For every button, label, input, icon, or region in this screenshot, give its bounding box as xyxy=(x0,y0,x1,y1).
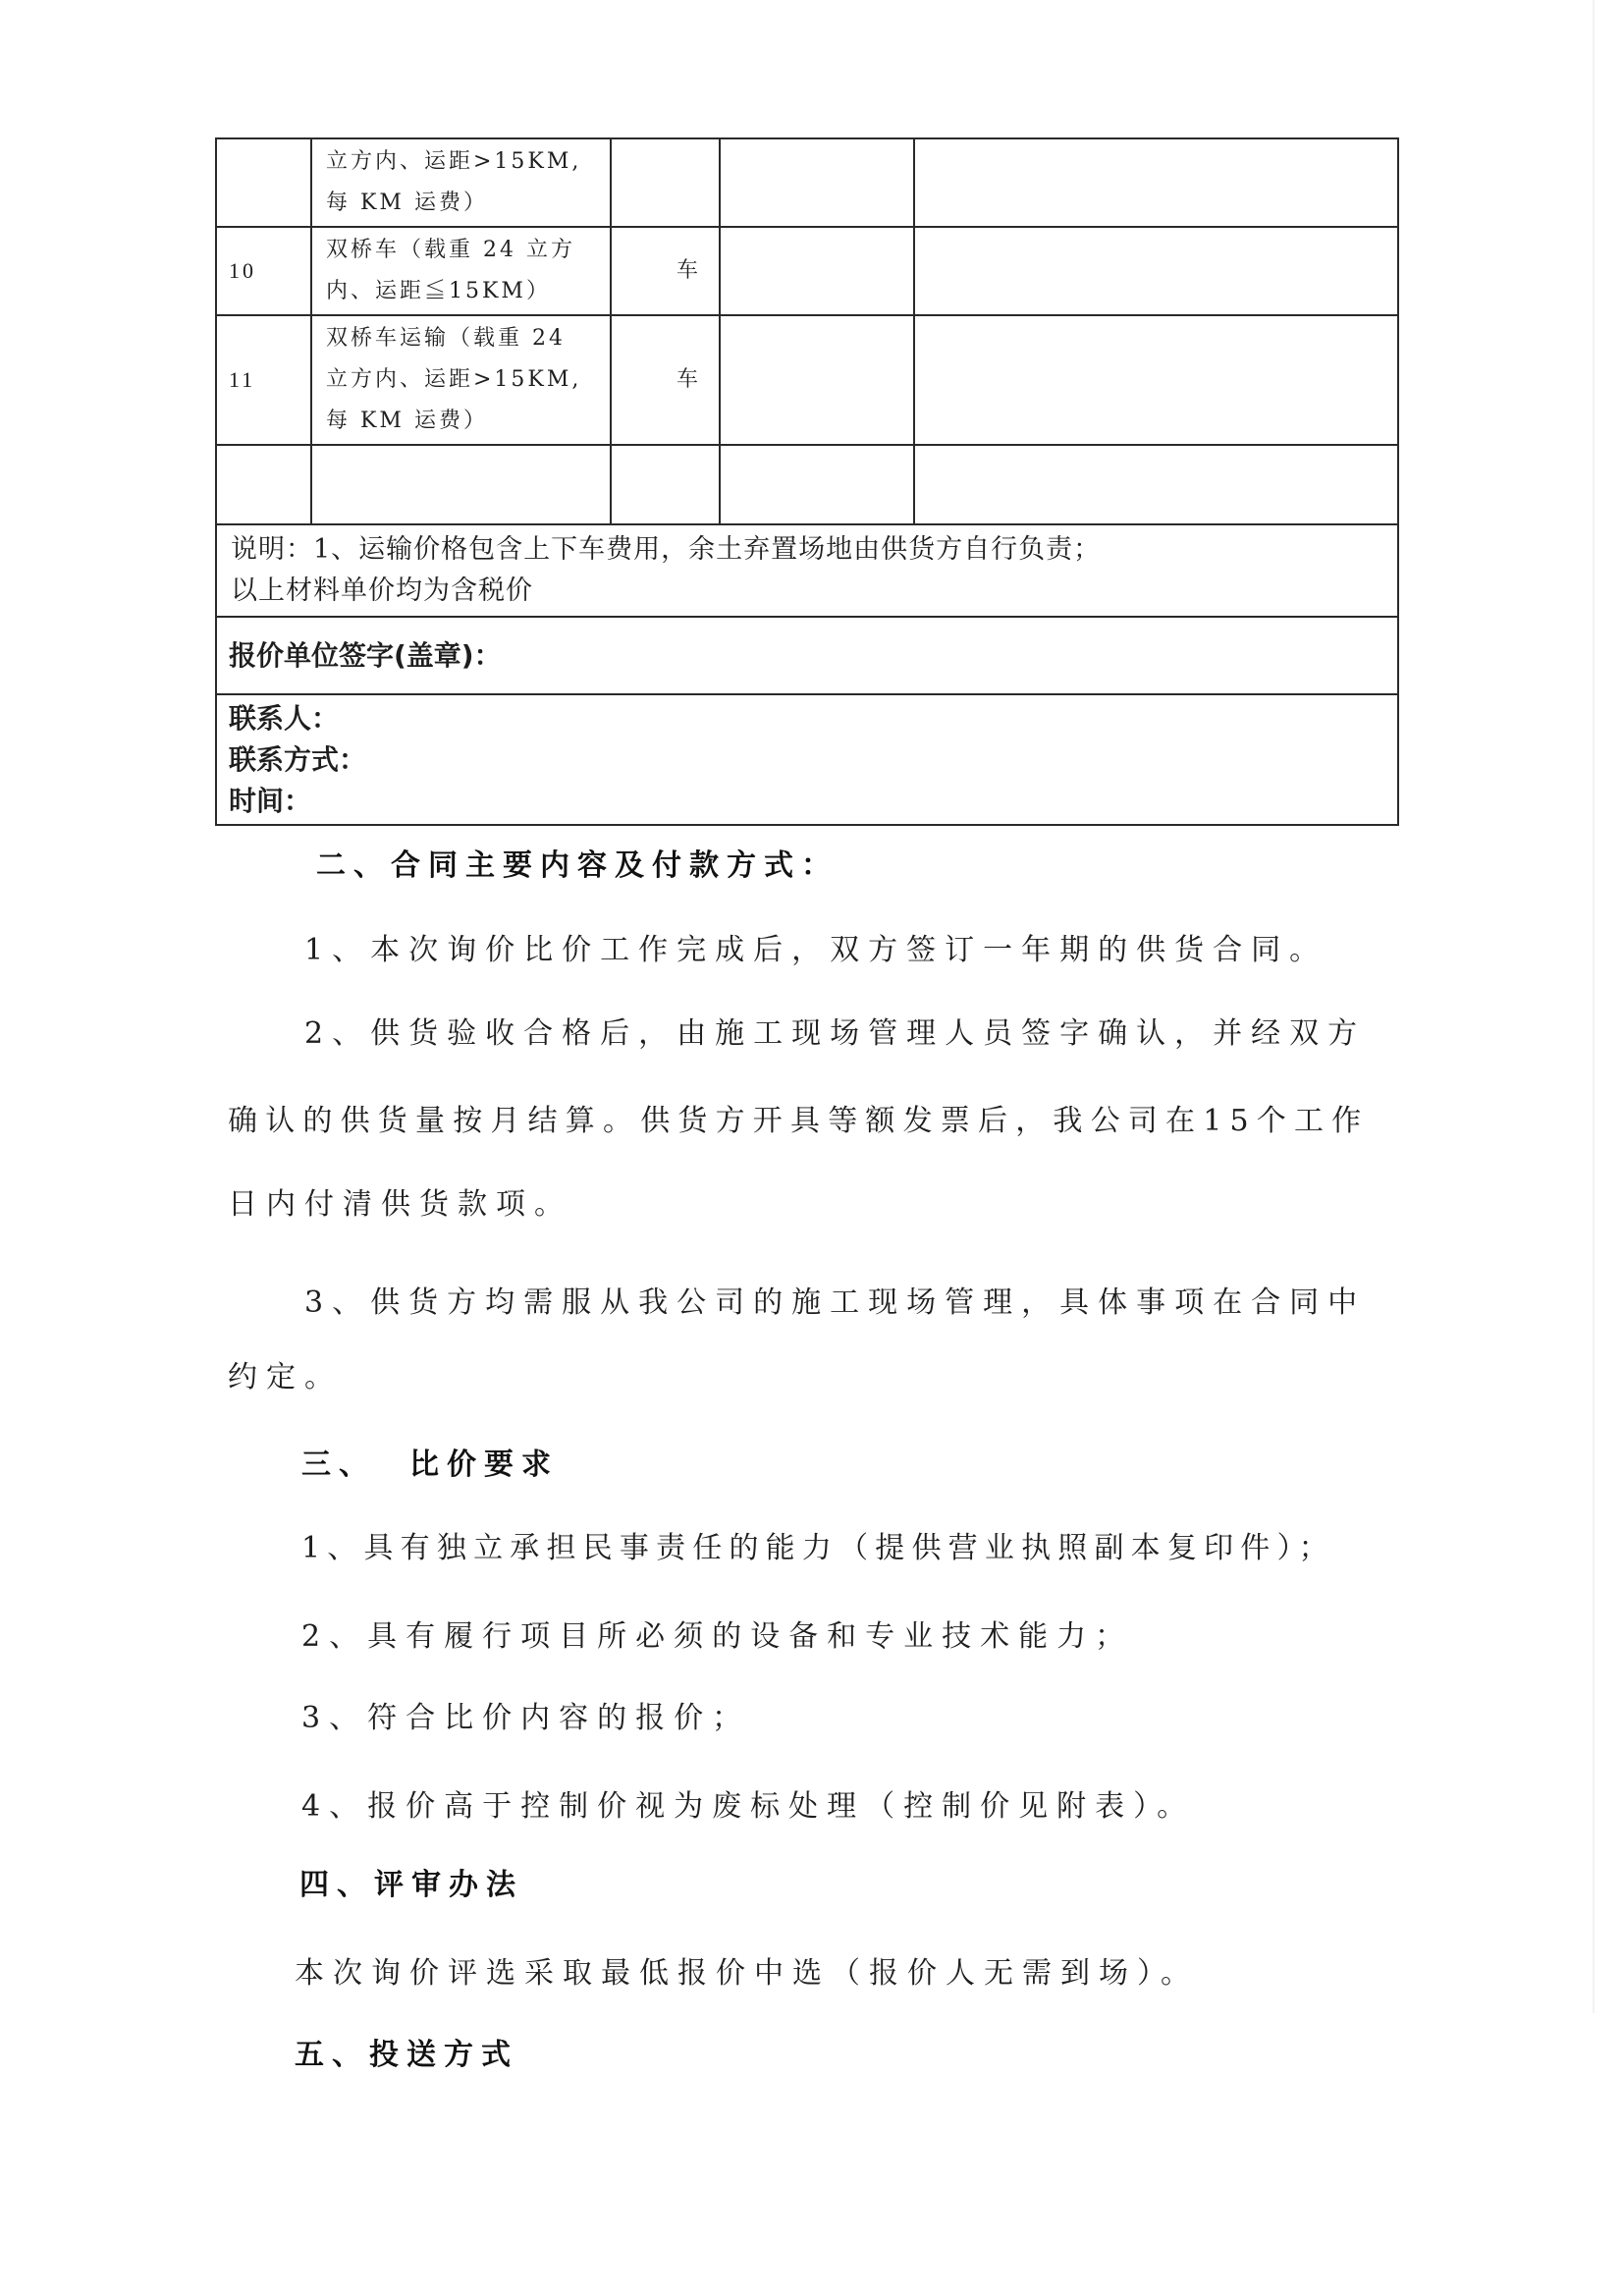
item-line: 每 KM 运费） xyxy=(326,183,602,224)
evaluation-text: 本次询价评选采取最低报价中选（报价人无需到场）。 xyxy=(295,1954,1199,1994)
section-heading-requirements: 三、比价要求 xyxy=(301,1446,559,1485)
signature-label: 报价单位签字(盖章)： xyxy=(216,617,1398,694)
price-cell xyxy=(720,445,914,524)
remark-cell xyxy=(914,138,1398,227)
requirement-item-4: 4、报价高于控制价视为废标处理（控制价见附表）。 xyxy=(301,1787,1195,1827)
row-number: 11 xyxy=(216,315,311,445)
item-description: 双桥车（载重 24 立方 内、运距≦15KM） xyxy=(311,227,611,315)
item-description: 双桥车运输（载重 24 立方内、运距>15KM, 每 KM 运费） xyxy=(311,315,611,445)
unit-cell xyxy=(611,445,720,524)
contract-item-2-line-3: 日内付清供货款项。 xyxy=(228,1185,572,1225)
section-heading-evaluation: 四、评审办法 xyxy=(299,1866,523,1905)
row-number xyxy=(216,138,311,227)
signature-row: 报价单位签字(盖章)： xyxy=(216,617,1398,694)
table-row-empty xyxy=(216,445,1398,524)
contract-item-2-line-1: 2、供货验收合格后，由施工现场管理人员签字确认，并经双方 xyxy=(304,1014,1366,1054)
price-cell xyxy=(720,227,914,315)
section-heading-contract: 二、合同主要内容及付款方式： xyxy=(316,847,839,886)
item-description xyxy=(311,445,611,524)
contact-method-label: 联系方式： xyxy=(229,739,1385,781)
unit-cell xyxy=(611,138,720,227)
note-row: 说明：1、运输价格包含上下车费用，余土弃置场地由供货方自行负责； 以上材料单价均… xyxy=(216,524,1398,617)
table-row: 11 双桥车运输（载重 24 立方内、运距>15KM, 每 KM 运费） 车 xyxy=(216,315,1398,445)
contact-person-label: 联系人： xyxy=(229,698,1385,739)
requirement-item-1: 1、具有独立承担民事责任的能力（提供营业执照副本复印件）； xyxy=(301,1529,1335,1568)
price-cell xyxy=(720,315,914,445)
row-number: 10 xyxy=(216,227,311,315)
unit-cell: 车 xyxy=(611,315,720,445)
remark-cell xyxy=(914,227,1398,315)
section-heading-delivery: 五、投送方式 xyxy=(295,2036,518,2075)
contact-row: 联系人： 联系方式： 时间： xyxy=(216,694,1398,825)
item-line: 立方内、运距>15KM, xyxy=(326,359,602,401)
table-row: 10 双桥车（载重 24 立方 内、运距≦15KM） 车 xyxy=(216,227,1398,315)
note-line: 以上材料单价均为含税价 xyxy=(231,571,1387,612)
item-line: 每 KM 运费） xyxy=(326,401,602,442)
heading-title: 比价要求 xyxy=(409,1448,559,1482)
heading-prefix: 三、 xyxy=(301,1448,376,1482)
price-cell xyxy=(720,138,914,227)
row-number xyxy=(216,445,311,524)
contact-time-label: 时间： xyxy=(229,781,1385,822)
quotation-table: 立方内、运距>15KM, 每 KM 运费） 10 双桥车（载重 24 立方 内、… xyxy=(215,137,1399,826)
contact-cell: 联系人： 联系方式： 时间： xyxy=(216,694,1398,825)
table-row: 立方内、运距>15KM, 每 KM 运费） xyxy=(216,138,1398,227)
unit-cell: 车 xyxy=(611,227,720,315)
item-line: 内、运距≦15KM） xyxy=(326,271,602,312)
item-line: 双桥车（载重 24 立方 xyxy=(326,230,602,271)
remark-cell xyxy=(914,315,1398,445)
scan-edge-artifact xyxy=(1593,0,1595,2013)
item-description: 立方内、运距>15KM, 每 KM 运费） xyxy=(311,138,611,227)
note-cell: 说明：1、运输价格包含上下车费用，余土弃置场地由供货方自行负责； 以上材料单价均… xyxy=(216,524,1398,617)
contract-item-1: 1、本次询价比价工作完成后，双方签订一年期的供货合同。 xyxy=(304,931,1327,970)
contract-item-3-line-2: 约定。 xyxy=(228,1358,343,1397)
item-line: 双桥车运输（载重 24 xyxy=(326,318,602,359)
item-line: 立方内、运距>15KM, xyxy=(326,141,602,183)
requirement-item-2: 2、具有履行项目所必须的设备和专业技术能力； xyxy=(301,1617,1133,1657)
note-line: 说明：1、运输价格包含上下车费用，余土弃置场地由供货方自行负责； xyxy=(231,529,1387,571)
requirement-item-3: 3、符合比价内容的报价； xyxy=(301,1699,750,1738)
remark-cell xyxy=(914,445,1398,524)
contract-item-3-line-1: 3、供货方均需服从我公司的施工现场管理，具体事项在合同中 xyxy=(304,1284,1366,1323)
contract-item-2-line-2: 确认的供货量按月结算。供货方开具等额发票后，我公司在15个工作 xyxy=(228,1102,1369,1141)
